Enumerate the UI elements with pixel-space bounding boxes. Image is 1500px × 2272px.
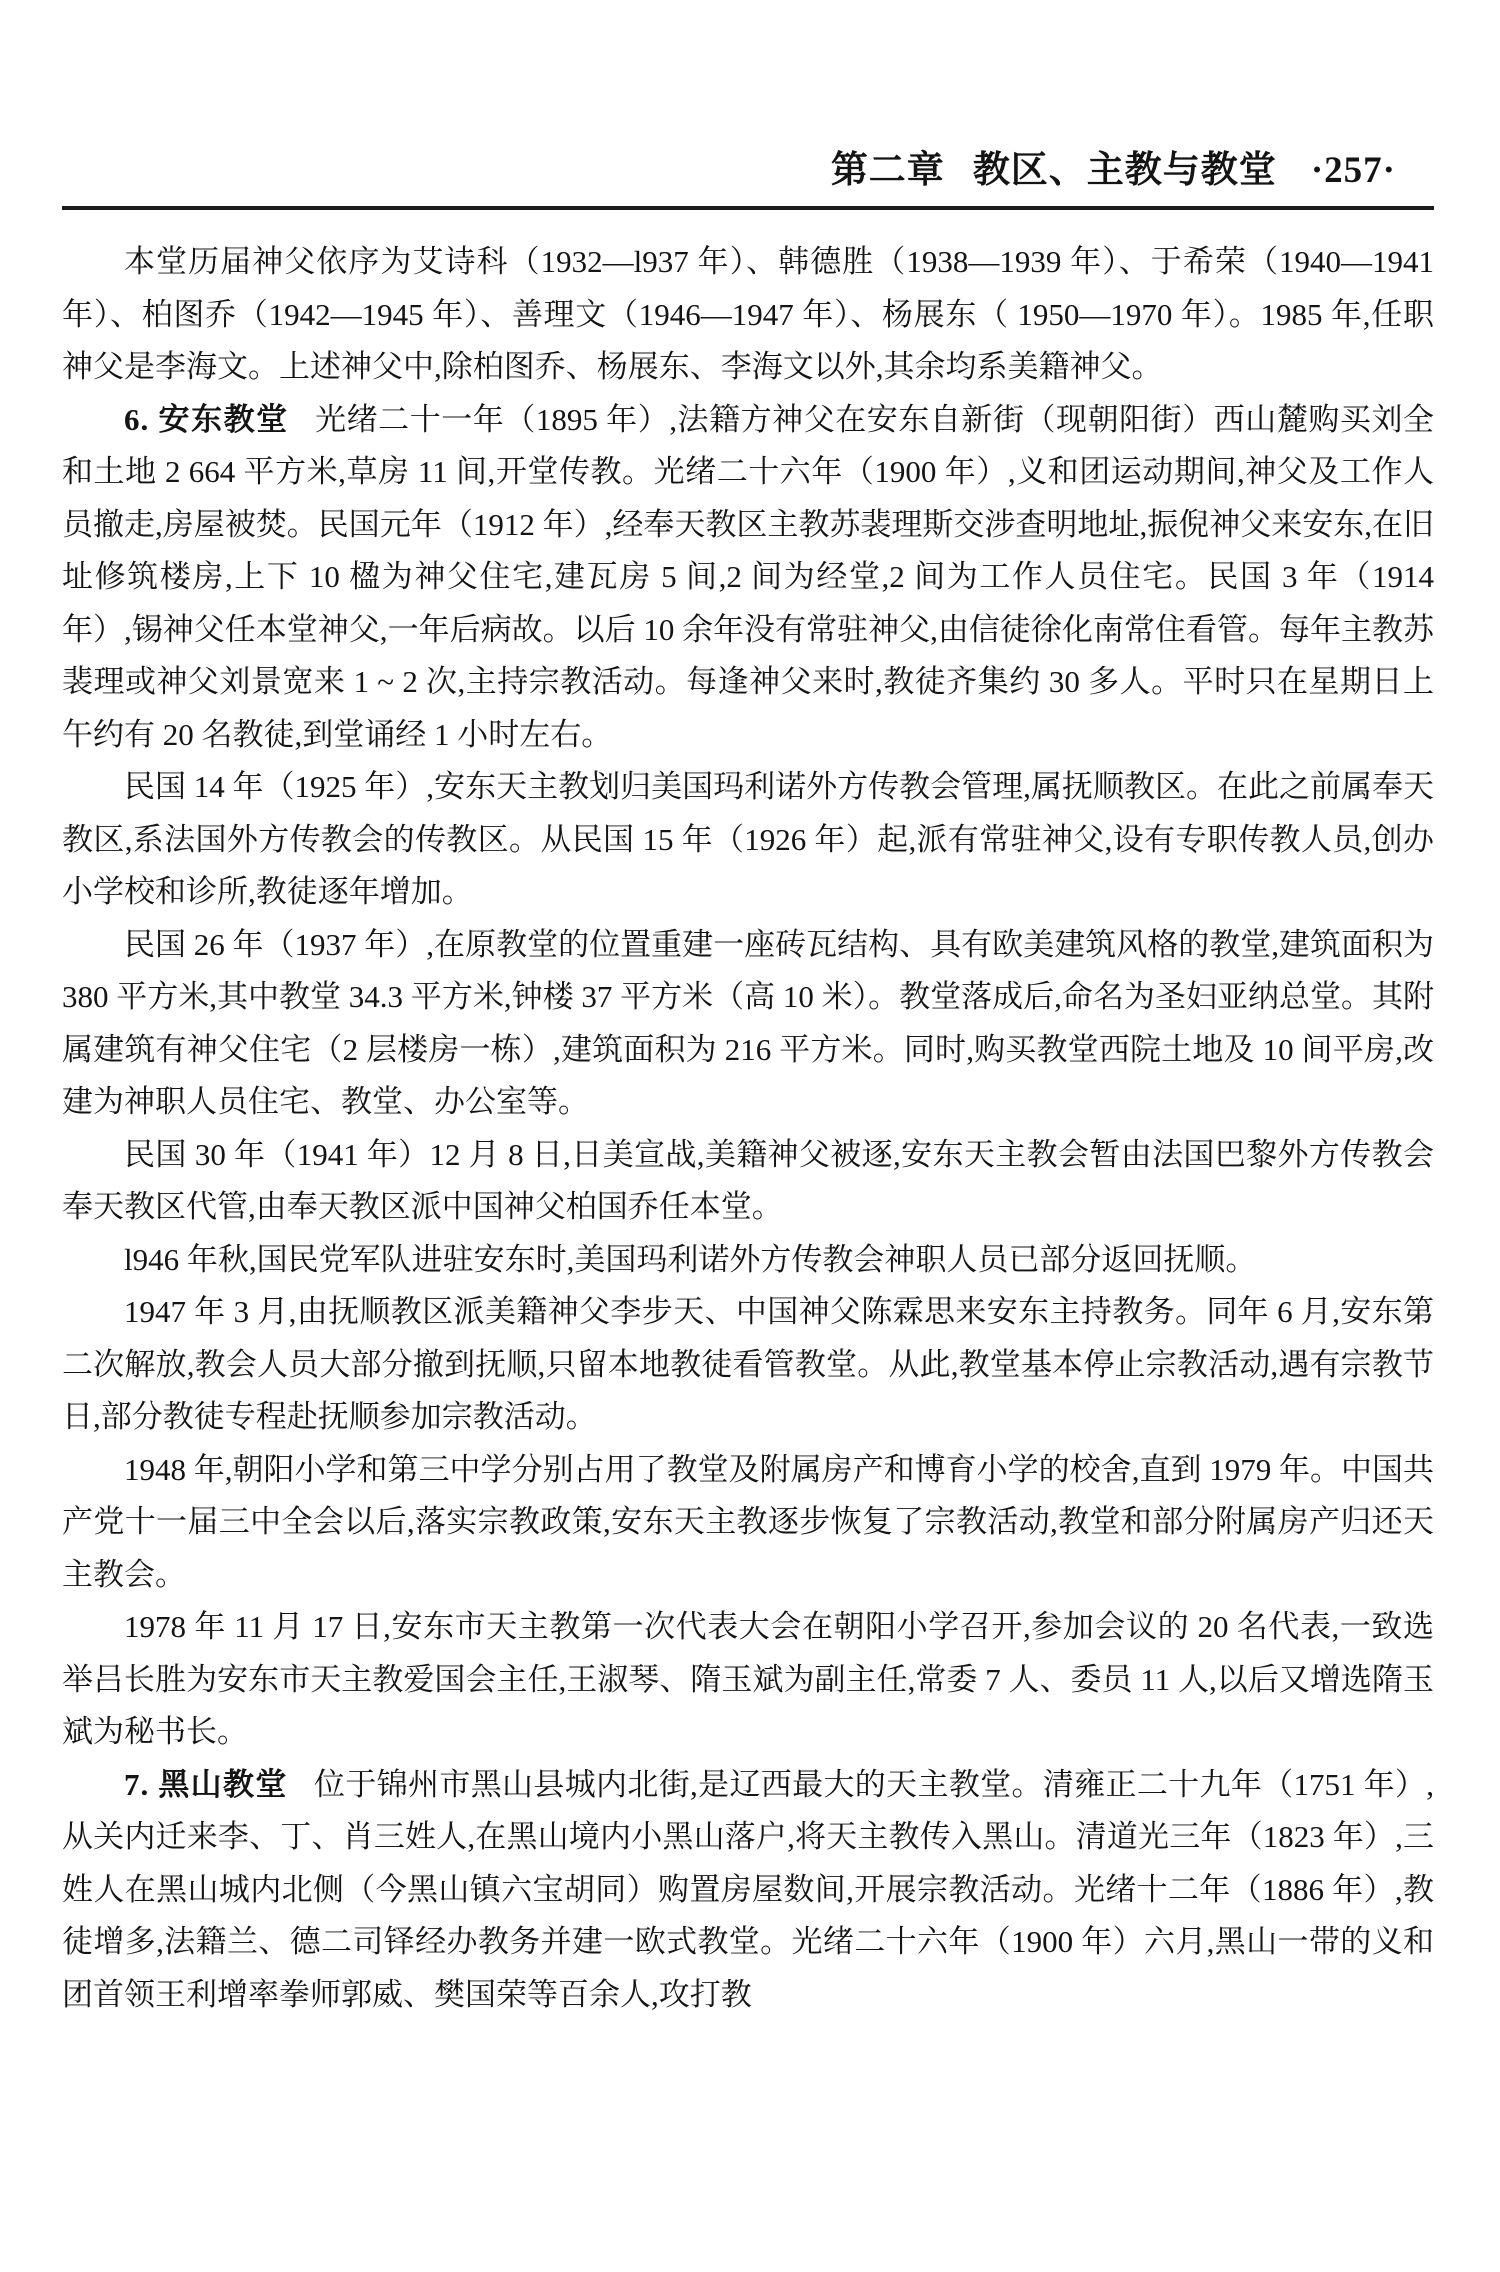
paragraph-2-text: 光绪二十一年（1895 年）,法籍方神父在安东自新街（现朝阳街）西山麓购买刘全和… bbox=[62, 402, 1434, 752]
paragraph-8: 1948 年,朝阳小学和第三中学分别占用了教堂及附属房产和博育小学的校舍,直到 … bbox=[62, 1444, 1434, 1602]
paragraph-4: 民国 26 年（1937 年）,在原教堂的位置重建一座砖瓦结构、具有欧美建筑风格… bbox=[62, 919, 1434, 1129]
book-page: 第二章 教区、主教与教堂 ·257· 本堂历届神父依序为艾诗科（1932—l93… bbox=[0, 0, 1500, 2272]
paragraph-10-text: 位于锦州市黑山县城内北街,是辽西最大的天主教堂。清雍正二十九年（1751 年）,… bbox=[62, 1767, 1434, 2012]
paragraph-9-text: 1978 年 11 月 17 日,安东市天主教第一次代表大会在朝阳小学召开,参加… bbox=[62, 1609, 1434, 1749]
paragraph-6: l946 年秋,国民党军队进驻安东时,美国玛利诺外方传教会神职人员已部分返回抚顺… bbox=[62, 1234, 1434, 1287]
paragraph-6-text: l946 年秋,国民党军队进驻安东时,美国玛利诺外方传教会神职人员已部分返回抚顺… bbox=[124, 1242, 1256, 1277]
page-content: 第二章 教区、主教与教堂 ·257· 本堂历届神父依序为艾诗科（1932—l93… bbox=[62, 148, 1434, 2021]
paragraph-7-text: 1947 年 3 月,由抚顺教区派美籍神父李步天、中国神父陈霖思来安东主持教务。… bbox=[62, 1294, 1434, 1434]
paragraph-5: 民国 30 年（1941 年）12 月 8 日,日美宣战,美籍神父被逐,安东天主… bbox=[62, 1129, 1434, 1234]
page-number: ·257· bbox=[1311, 148, 1396, 194]
paragraph-4-text: 民国 26 年（1937 年）,在原教堂的位置重建一座砖瓦结构、具有欧美建筑风格… bbox=[62, 927, 1434, 1120]
paragraph-1: 本堂历届神父依序为艾诗科（1932—l937 年）、韩德胜（1938—1939 … bbox=[62, 236, 1434, 394]
paragraph-7: 1947 年 3 月,由抚顺教区派美籍神父李步天、中国神父陈霖思来安东主持教务。… bbox=[62, 1286, 1434, 1444]
paragraph-1-text: 本堂历届神父依序为艾诗科（1932—l937 年）、韩德胜（1938—1939 … bbox=[62, 244, 1434, 384]
paragraph-10-lead: 7. 黑山教堂 bbox=[124, 1767, 288, 1802]
paragraph-3-text: 民国 14 年（1925 年）,安东天主教划归美国玛利诺外方传教会管理,属抚顺教… bbox=[62, 769, 1434, 909]
paragraph-2: 6. 安东教堂光绪二十一年（1895 年）,法籍方神父在安东自新街（现朝阳街）西… bbox=[62, 394, 1434, 762]
paragraph-5-text: 民国 30 年（1941 年）12 月 8 日,日美宣战,美籍神父被逐,安东天主… bbox=[62, 1137, 1434, 1225]
running-header: 第二章 教区、主教与教堂 ·257· bbox=[62, 148, 1434, 194]
paragraph-8-text: 1948 年,朝阳小学和第三中学分别占用了教堂及附属房产和博育小学的校舍,直到 … bbox=[62, 1452, 1434, 1592]
paragraph-10: 7. 黑山教堂位于锦州市黑山县城内北街,是辽西最大的天主教堂。清雍正二十九年（1… bbox=[62, 1759, 1434, 2022]
header-rule bbox=[62, 206, 1434, 210]
paragraph-3: 民国 14 年（1925 年）,安东天主教划归美国玛利诺外方传教会管理,属抚顺教… bbox=[62, 761, 1434, 919]
paragraph-2-lead: 6. 安东教堂 bbox=[124, 402, 289, 437]
paragraph-9: 1978 年 11 月 17 日,安东市天主教第一次代表大会在朝阳小学召开,参加… bbox=[62, 1601, 1434, 1759]
section-title: 教区、主教与教堂 bbox=[973, 148, 1277, 194]
chapter-label: 第二章 bbox=[831, 148, 945, 194]
body-text: 本堂历届神父依序为艾诗科（1932—l937 年）、韩德胜（1938—1939 … bbox=[62, 236, 1434, 2021]
